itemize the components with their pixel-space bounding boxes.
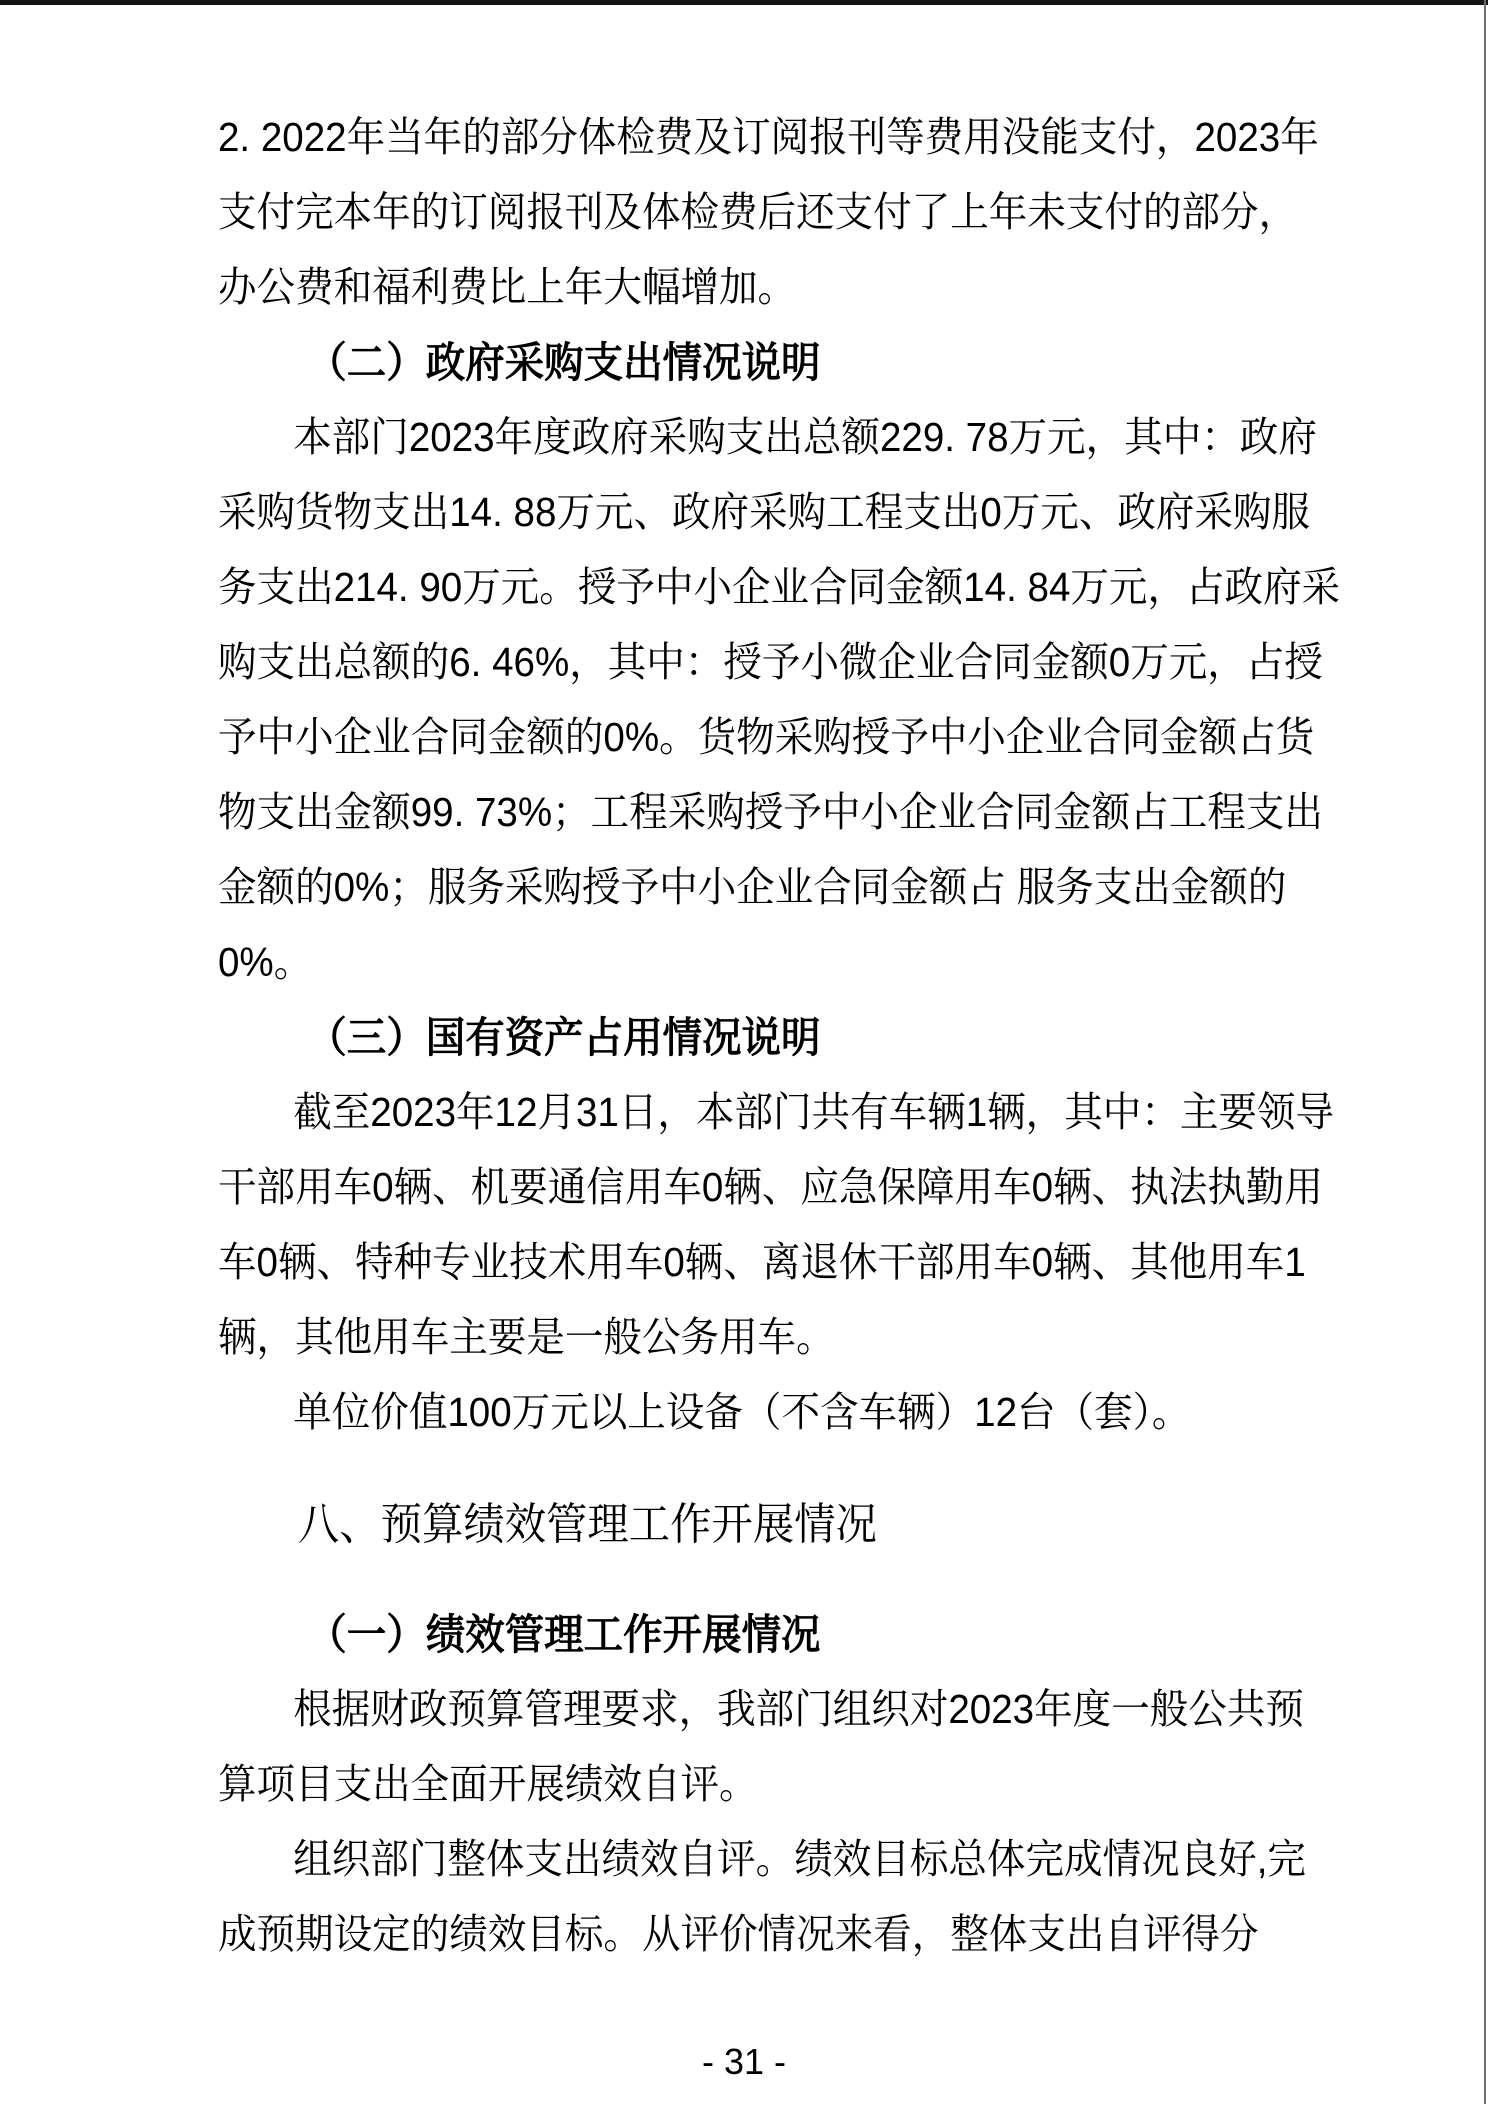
heading-state-assets: （三）国有资产占用情况说明 — [218, 1000, 1271, 1075]
text-line: 干部用车0辆、机要通信用车0辆、应急保障用车0辆、执法执勤用 — [218, 1150, 1271, 1225]
text-line: 单位价值100万元以上设备（不含车辆）12台（套）。 — [218, 1375, 1271, 1450]
heading-section-eight: 八、预算绩效管理工作开展情况 — [218, 1487, 1271, 1562]
text-line: 购支出总额的6. 46%，其中：授予小微企业合同金额0万元，占授 — [218, 625, 1271, 700]
text-line: 予中小企业合同金额的0%。货物采购授予中小企业合同金额占货 — [218, 700, 1271, 775]
page-right-edge-line — [1484, 0, 1486, 2104]
text-line: 采购货物支出14. 88万元、政府采购工程支出0万元、政府采购服 — [218, 475, 1271, 550]
para-gov-procurement: 本部门2023年度政府采购支出总额229. 78万元，其中：政府 采购货物支出1… — [218, 400, 1338, 1000]
text-line: 2. 2022年当年的部分体检费及订阅报刊等费用没能支付，2023年 — [218, 100, 1271, 175]
page-top-border — [0, 0, 1488, 5]
text-line: 算项目支出全面开展绩效自评。 — [218, 1747, 1271, 1822]
text-line: 金额的0%；服务采购授予中小企业合同金额占 服务支出金额的 — [218, 850, 1271, 925]
text-line: 成预期设定的绩效目标。从评价情况来看，整体支出自评得分 — [218, 1897, 1271, 1972]
para-vehicles: 截至2023年12月31日，本部门共有车辆1辆，其中：主要领导 干部用车0辆、机… — [218, 1075, 1338, 1375]
para-performance-self-evaluation: 根据财政预算管理要求，我部门组织对2023年度一般公共预 算项目支出全面开展绩效… — [218, 1672, 1338, 1822]
text-line: 物支出金额99. 73%；工程采购授予中小企业合同金额占工程支出 — [218, 775, 1271, 850]
text-line: 辆，其他用车主要是一般公务用车。 — [218, 1300, 1271, 1375]
text-line: 截至2023年12月31日，本部门共有车辆1辆，其中：主要领导 — [218, 1075, 1271, 1150]
para-equipment: 单位价值100万元以上设备（不含车辆）12台（套）。 — [218, 1375, 1338, 1450]
page-number: - 31 - — [0, 2042, 1488, 2082]
text-line: 办公费和福利费比上年大幅增加。 — [218, 250, 1271, 325]
text-line: 支付完本年的订阅报刊及体检费后还支付了上年未支付的部分， — [218, 175, 1271, 250]
text-line: 组织部门整体支出绩效自评。绩效目标总体完成情况良好,完 — [218, 1822, 1271, 1897]
text-line: 根据财政预算管理要求，我部门组织对2023年度一般公共预 — [218, 1672, 1271, 1747]
para-carryover-expenses: 2. 2022年当年的部分体检费及订阅报刊等费用没能支付，2023年 支付完本年… — [218, 100, 1338, 325]
text-line: 0%。 — [218, 925, 1271, 1000]
text-line: 车0辆、特种专业技术用车0辆、离退休干部用车0辆、其他用车1 — [218, 1225, 1271, 1300]
text-line: 本部门2023年度政府采购支出总额229. 78万元，其中：政府 — [218, 400, 1271, 475]
document-body: 2. 2022年当年的部分体检费及订阅报刊等费用没能支付，2023年 支付完本年… — [218, 100, 1338, 1972]
heading-performance-management: （一）绩效管理工作开展情况 — [218, 1597, 1271, 1672]
text-line: 务支出214. 90万元。授予中小企业合同金额14. 84万元，占政府采 — [218, 550, 1271, 625]
para-overall-expenditure-evaluation: 组织部门整体支出绩效自评。绩效目标总体完成情况良好,完 成预期设定的绩效目标。从… — [218, 1822, 1338, 1972]
heading-gov-procurement: （二）政府采购支出情况说明 — [218, 325, 1271, 400]
